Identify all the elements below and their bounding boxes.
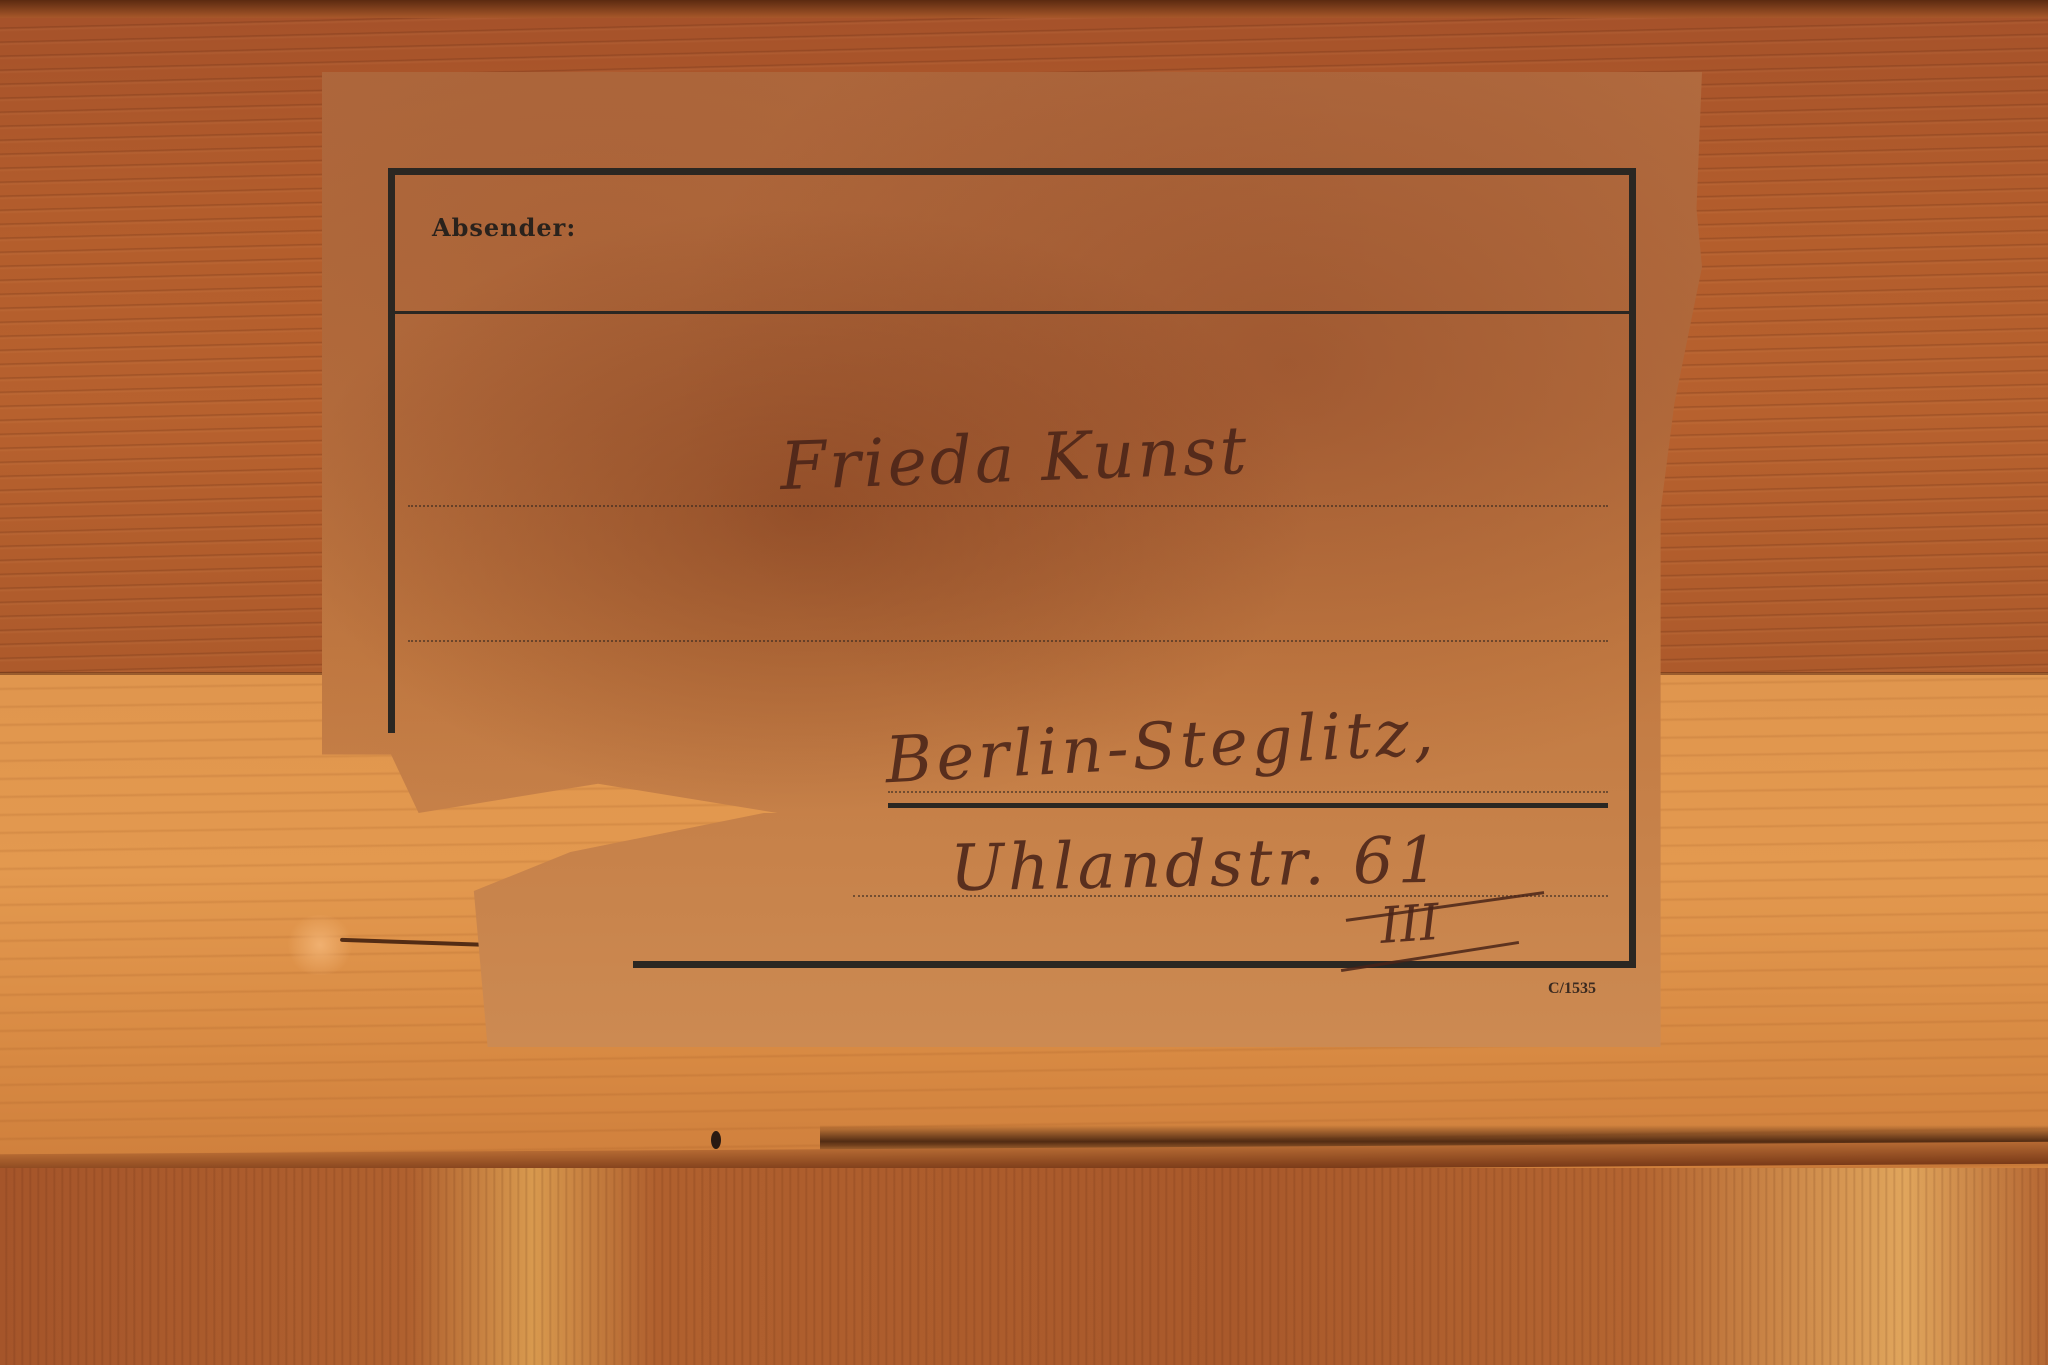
- form-code: C/1535: [1548, 980, 1596, 998]
- handwritten-name: Friedа Kunst: [779, 412, 1251, 505]
- wood-panel-bottom: [0, 1168, 2048, 1365]
- handwritten-floor: III: [1378, 893, 1441, 955]
- printed-heading: Absender:: [432, 213, 576, 242]
- wood-trim-top: [0, 0, 2048, 18]
- nail-head: [711, 1131, 721, 1149]
- handwritten-street: Uhlandstr. 61: [949, 824, 1442, 907]
- wood-knot: [285, 915, 355, 975]
